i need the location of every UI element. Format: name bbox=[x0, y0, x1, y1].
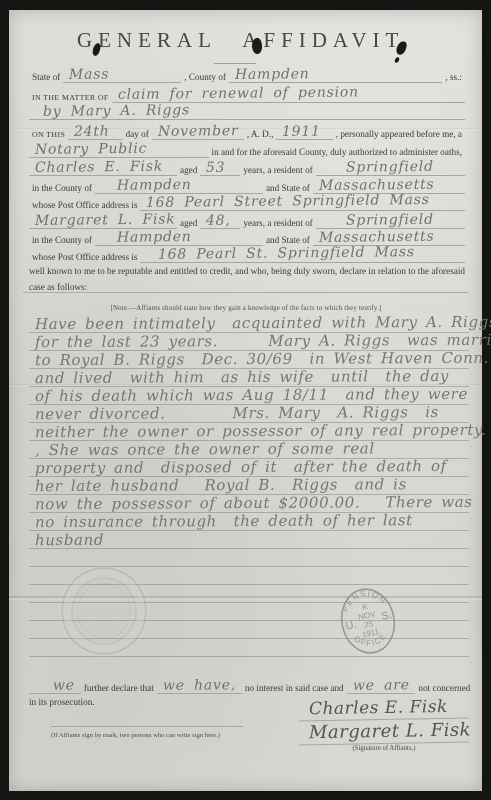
matter-label: IN THE MATTER OF bbox=[29, 93, 112, 103]
aged-label: aged bbox=[177, 165, 200, 176]
testimony-line: husband bbox=[29, 530, 469, 550]
pinhole-mark bbox=[394, 56, 400, 63]
affiant1-name-field: Charles E. Fisk bbox=[29, 162, 177, 176]
affiant1-name: Charles E. Fisk bbox=[29, 160, 177, 175]
pension-office-stamp-icon: PENSION OFFICE. U. S. K NOV 25 1911 bbox=[337, 585, 399, 657]
affiant1-county: Hampden bbox=[95, 178, 263, 193]
matter-row: IN THE MATTER OF claim for renewal of pe… bbox=[29, 87, 465, 103]
matter-by-field: by Mary A. Riggs bbox=[29, 106, 465, 120]
affiant1-po-field: 168 Pearl Street Springfield Mass bbox=[140, 197, 465, 211]
affiant1-county-field: Hampden bbox=[95, 180, 263, 194]
in-county-label: in the County of bbox=[29, 183, 95, 194]
on-this-label: ON THIS bbox=[29, 130, 68, 140]
appeared-label: , personally appeared before me, a bbox=[333, 129, 465, 140]
affiant2-residence: Springfield bbox=[316, 213, 465, 228]
declaration-we-are-field: we are bbox=[347, 680, 416, 694]
day-of-label: day of bbox=[123, 129, 152, 140]
prosecution-label: in its prosecution. bbox=[29, 697, 95, 707]
officer-row: Notary Public in and for the aforesaid C… bbox=[29, 142, 465, 158]
affiant1-po: 168 Pearl Street Springfield Mass bbox=[140, 194, 465, 210]
testimony-line: no insurance through the death of her la… bbox=[29, 512, 469, 532]
sworn-statement-text: well known to me to be reputable and ent… bbox=[29, 264, 465, 295]
stamp-u-text: U. bbox=[344, 619, 357, 633]
matter-by-value: by Mary A. Riggs bbox=[29, 101, 465, 119]
affiant1-name-row: Charles E. Fisk aged 53 years, a residen… bbox=[29, 160, 465, 176]
year-field: 1911 bbox=[276, 126, 332, 140]
years-resident-label: years, a resident of bbox=[240, 218, 315, 229]
declaration-we-have: we have, bbox=[157, 679, 242, 693]
state-label: State of bbox=[29, 72, 63, 83]
officer-label: in and for the aforesaid County, duly au… bbox=[209, 147, 465, 158]
affiant2-name-row: Margaret L. Fisk aged 48, years, a resid… bbox=[29, 213, 465, 229]
county-value: Hampden bbox=[229, 67, 443, 82]
affiant2-state: Massachusetts bbox=[313, 230, 465, 245]
officer-field: Notary Public bbox=[29, 144, 209, 158]
affiant2-name: Margaret L. Fisk bbox=[29, 213, 177, 228]
declaration-we-have-field: we have, bbox=[157, 680, 242, 694]
affiant2-county: Hampden bbox=[95, 230, 263, 245]
ad-label: , A. D., bbox=[244, 129, 277, 140]
embossed-notary-seal-icon bbox=[61, 567, 147, 655]
state-county-row: State of Mass , County of Hampden , ss.: bbox=[29, 67, 465, 83]
affiant1-residence: Springfield bbox=[316, 160, 465, 175]
officer-value: Notary Public bbox=[29, 142, 209, 157]
signature-block: Charles E. Fisk Margaret L. Fisk (Signat… bbox=[299, 698, 469, 752]
affidavit-document: GENERAL AFFIDAVIT. State of Mass , Count… bbox=[9, 10, 482, 791]
affiant1-state: Massachusetts bbox=[313, 178, 465, 193]
affiant2-name-field: Margaret L. Fisk bbox=[29, 215, 177, 229]
affiant1-po-row: whose Post Office address is 168 Pearl S… bbox=[29, 195, 465, 211]
matter-by-row: by Mary A. Riggs bbox=[29, 104, 465, 120]
matter-field: claim for renewal of pension bbox=[112, 89, 465, 103]
further-declare-label: further declare that bbox=[81, 683, 157, 694]
sign-by-mark-note: (If Affiants sign by mark, two persons w… bbox=[51, 732, 281, 739]
affiant1-residence-field: Springfield bbox=[316, 162, 465, 176]
stamp-s-text: S. bbox=[380, 609, 393, 623]
day-value: 24th bbox=[68, 125, 123, 139]
county-label: , County of bbox=[181, 72, 229, 83]
matter-value: claim for renewal of pension bbox=[112, 85, 465, 102]
page-title: GENERAL AFFIDAVIT. bbox=[9, 28, 482, 53]
title-rule bbox=[214, 63, 256, 64]
affiant2-age-field: 48, bbox=[200, 215, 240, 229]
affiant2-po-row: whose Post Office address is 168 Pearl S… bbox=[29, 247, 465, 263]
affiant2-po: 168 Pearl St. Springfield Mass bbox=[140, 246, 465, 262]
signature-caption: (Signature of Affiants.) bbox=[299, 745, 469, 752]
affiant1-age-field: 53 bbox=[200, 162, 240, 176]
note-text: [Note.—Affiants should state how they ga… bbox=[111, 305, 382, 312]
note-divider: [Note.—Affiants should state how they ga… bbox=[23, 292, 469, 315]
witness-signature-line bbox=[51, 713, 243, 727]
month-field: November bbox=[152, 126, 244, 140]
in-county-label: in the County of bbox=[29, 235, 95, 246]
embossed-seal-inner-ring bbox=[77, 583, 131, 639]
no-interest-label: no interest in said case and bbox=[242, 683, 347, 694]
aged-label: aged bbox=[177, 218, 200, 229]
month-value: November bbox=[152, 125, 244, 139]
day-field: 24th bbox=[68, 126, 122, 140]
declaration-we-field: we bbox=[29, 680, 81, 694]
signature-charles-fisk: Charles E. Fisk bbox=[299, 697, 469, 722]
declaration-we-are: we are bbox=[347, 679, 416, 693]
state-field: Mass bbox=[63, 69, 181, 83]
po-label: whose Post Office address is bbox=[29, 200, 140, 211]
years-resident-label: years, a resident of bbox=[240, 165, 315, 176]
affiant1-age: 53 bbox=[200, 162, 240, 175]
affiant2-residence-field: Springfield bbox=[316, 215, 465, 229]
declaration-we: we bbox=[29, 679, 81, 693]
not-concerned-label: not concerned bbox=[415, 683, 473, 694]
affiant2-county-field: Hampden bbox=[95, 232, 263, 246]
signature-margaret-fisk: Margaret L. Fisk bbox=[299, 720, 469, 746]
county-field: Hampden bbox=[229, 69, 442, 83]
affiant2-age: 48, bbox=[200, 215, 240, 228]
ss-label: , ss.: bbox=[442, 72, 465, 83]
state-value: Mass bbox=[63, 68, 181, 82]
declaration-row: we further declare that we have, no inte… bbox=[29, 678, 465, 694]
affiant2-po-field: 168 Pearl St. Springfield Mass bbox=[140, 249, 465, 263]
date-row: ON THIS 24th day of November , A. D., 19… bbox=[29, 124, 465, 140]
po-label: whose Post Office address is bbox=[29, 252, 140, 263]
year-value: 1911 bbox=[276, 125, 332, 139]
